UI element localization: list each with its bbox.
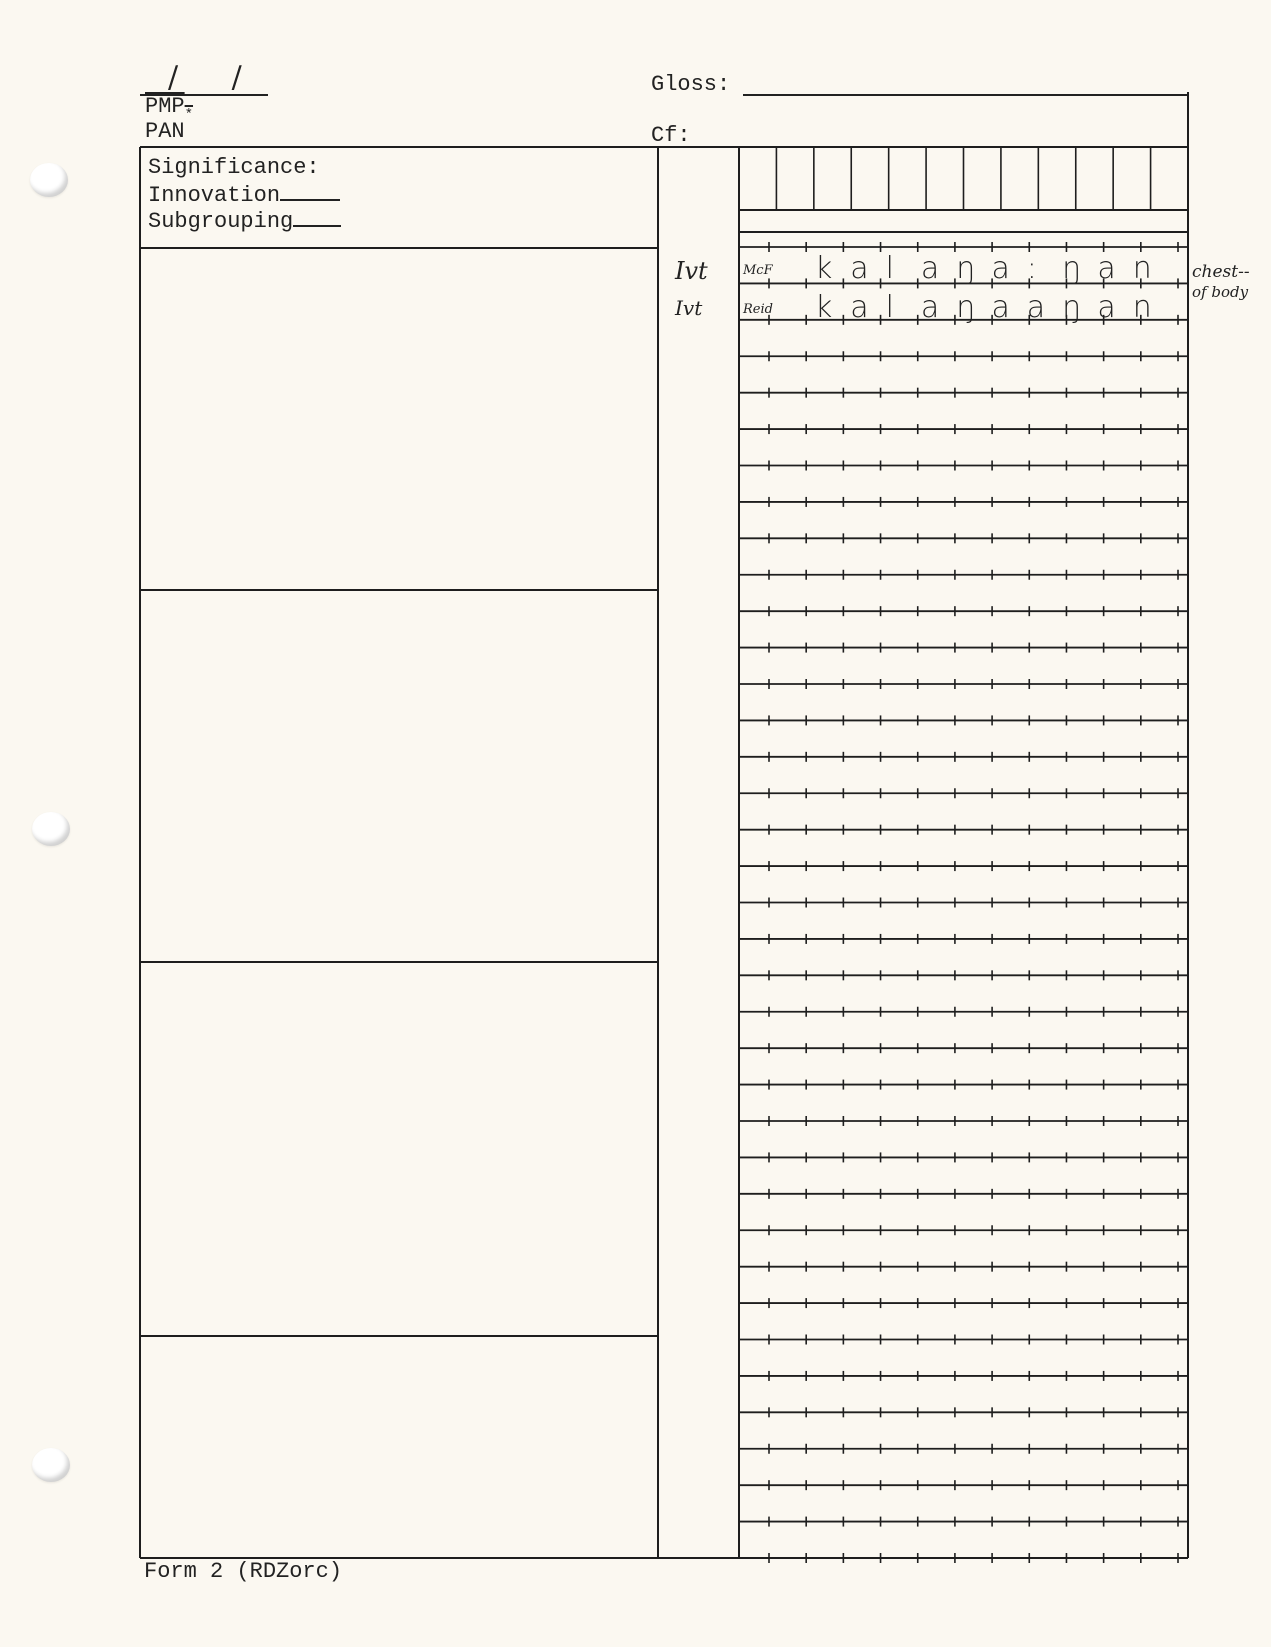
entry-segment: ŋ: [956, 251, 975, 286]
entry-segment: ŋ: [956, 290, 975, 325]
entry-segment: ŋ: [1062, 290, 1081, 325]
entry-segment: a: [992, 251, 1010, 286]
gloss-note-line2: of body: [1192, 282, 1250, 302]
entry-segment: a: [1027, 290, 1045, 325]
entry-segment: :: [1027, 251, 1037, 286]
entry-segment: a: [850, 290, 868, 325]
entry-segment: a: [921, 290, 939, 325]
entry-source: McF: [743, 263, 773, 278]
entry-language: Ivt: [675, 296, 702, 320]
gloss-note-line1: chest--: [1192, 262, 1250, 282]
entry-segment: k: [815, 290, 832, 325]
form-label: Form 2 (RDZorc): [144, 1559, 342, 1585]
entry-segment: a: [992, 290, 1010, 325]
entry-segment: a: [850, 251, 868, 286]
entry-segment: l: [886, 290, 894, 325]
entry-segment: n: [1133, 251, 1152, 286]
entry-segment: ŋ: [1062, 251, 1081, 286]
entry-segment: a: [921, 251, 939, 286]
entry-language: Ivt: [675, 257, 708, 285]
entry-segment: n: [1133, 290, 1152, 325]
form-grid: [0, 0, 1271, 1647]
entry-segment: a: [1097, 251, 1115, 286]
entry-source: Reid: [743, 302, 773, 317]
entry-segment: k: [815, 251, 832, 286]
gloss-note: chest-- of body: [1192, 262, 1250, 302]
entry-segment: l: [886, 251, 894, 286]
entry-segment: a: [1097, 290, 1115, 325]
